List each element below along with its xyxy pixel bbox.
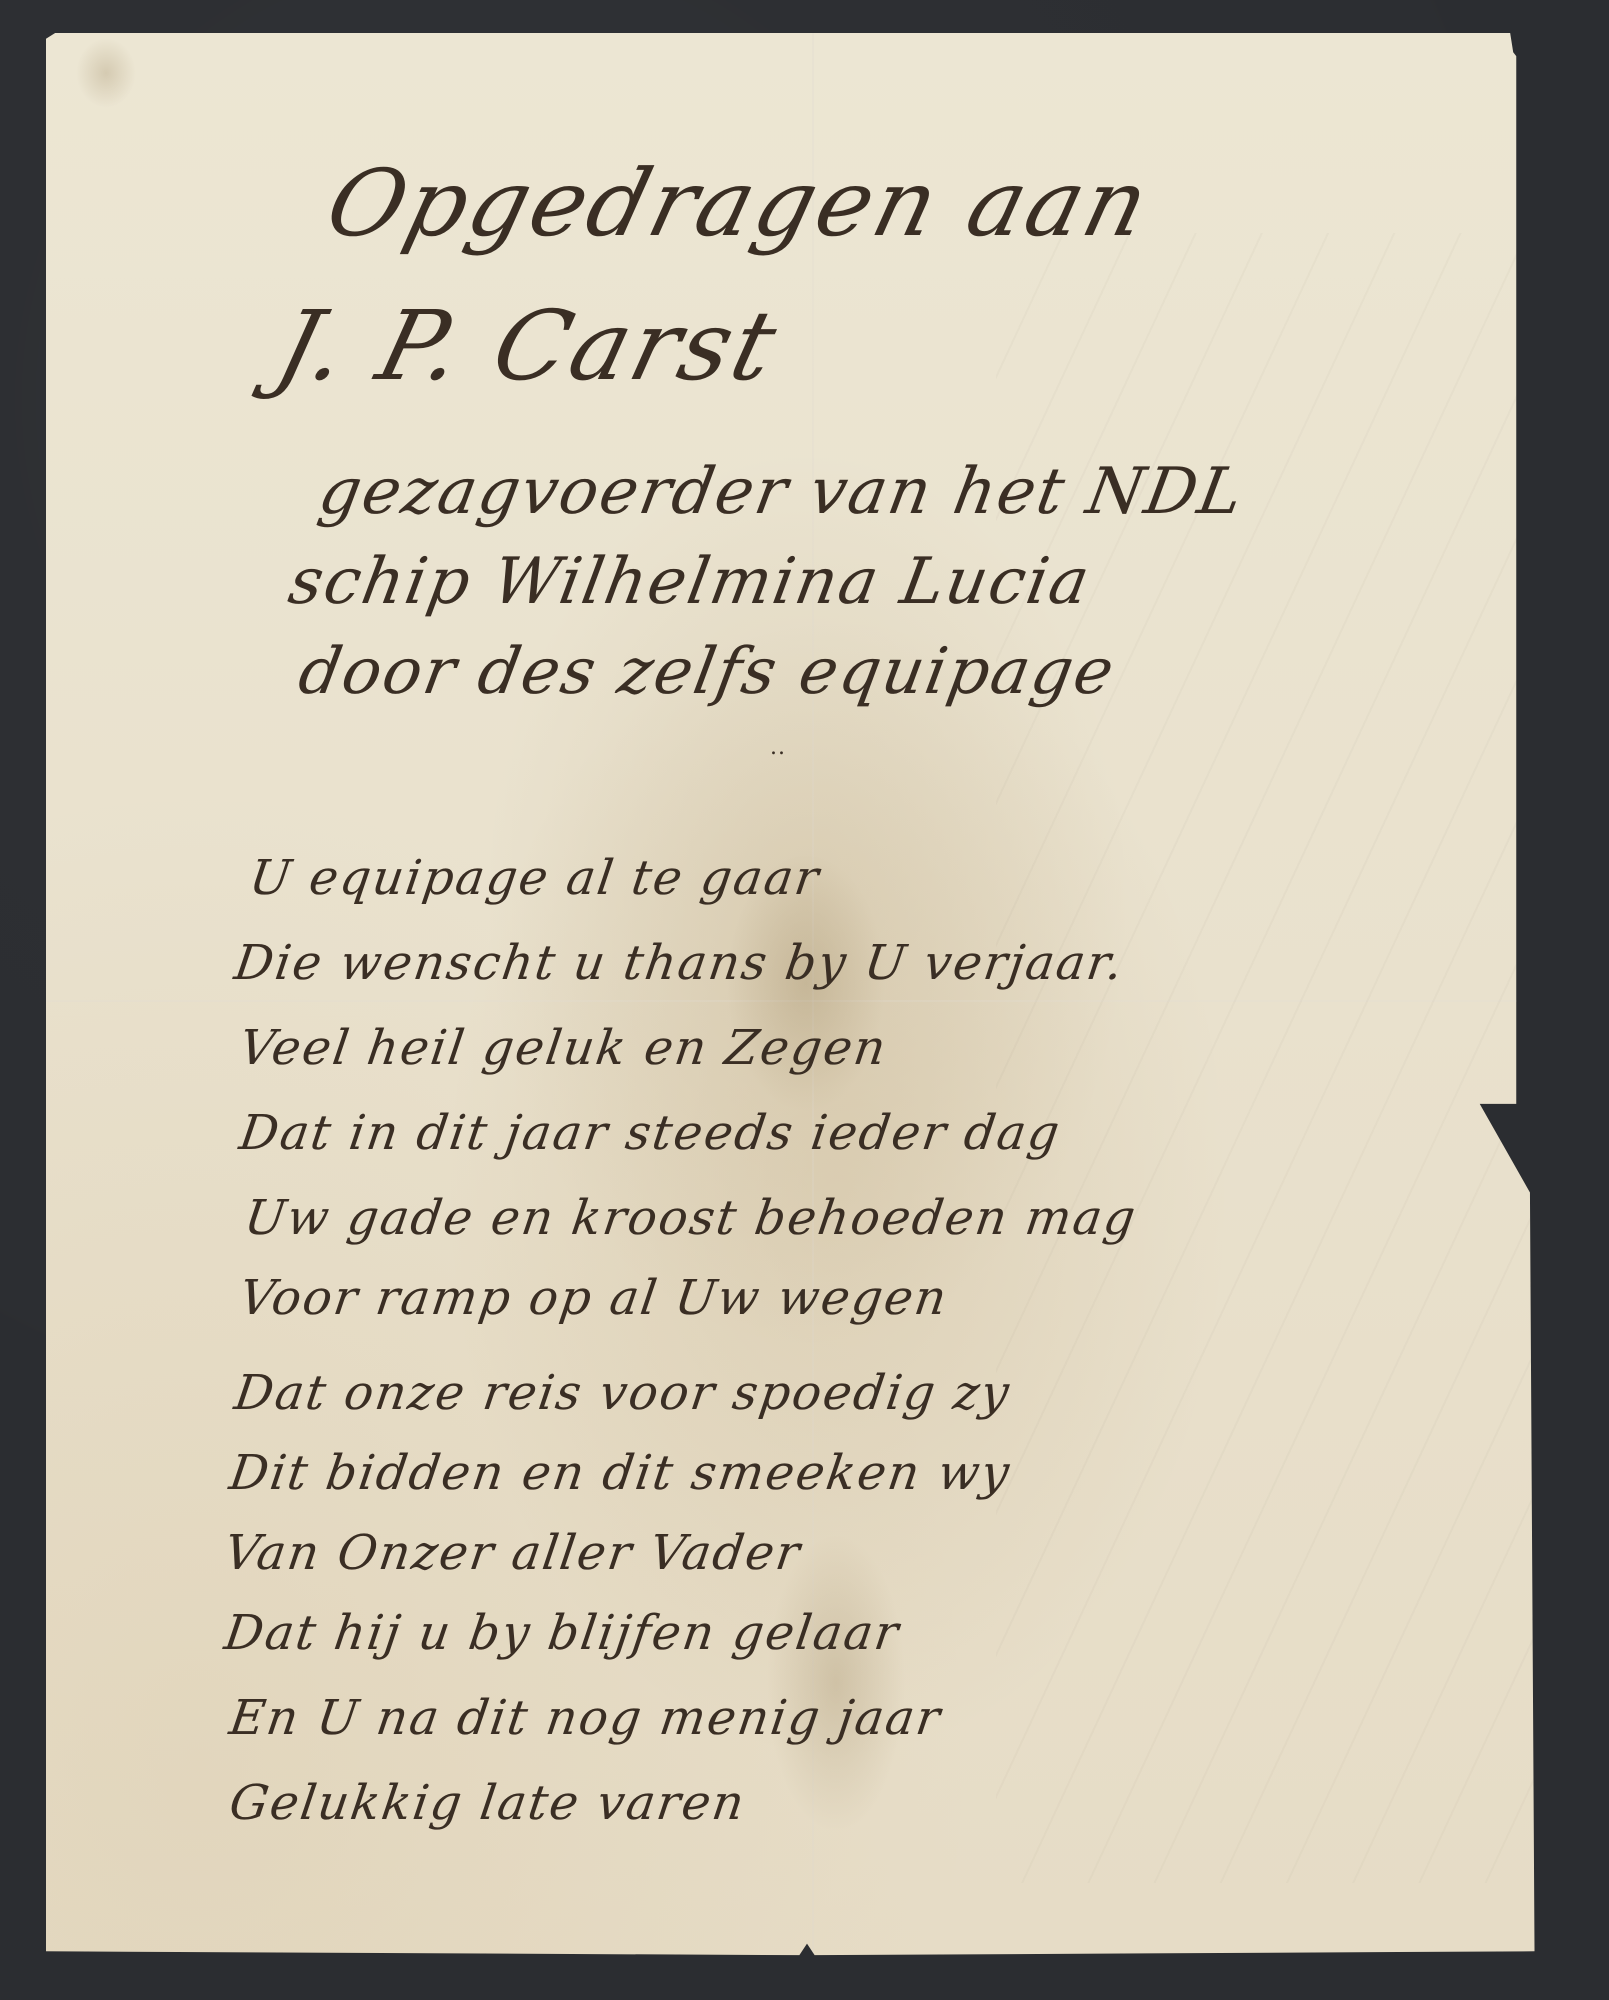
verse-line-9: Van Onzer aller Vader: [221, 1525, 805, 1581]
title-line-2-recipient-name: J. P. Carst: [266, 290, 790, 402]
verse-line-8: Dit bidden en dit smeeken wy: [226, 1445, 1014, 1501]
corner-stain: [76, 38, 136, 108]
verse-line-7: Dat onze reis voor spoedig zy: [231, 1365, 1014, 1421]
verse-line-12: Gelukkig late varen: [226, 1775, 749, 1831]
manuscript-page: [46, 33, 1568, 1959]
verse-line-11: En U na dit nog menig jaar: [226, 1690, 945, 1746]
verse-line-3: Veel heil geluk en Zegen: [236, 1020, 891, 1076]
verse-line-4: Dat in dit jaar steeds ieder dag: [236, 1105, 1065, 1161]
separator-dots: ..: [770, 735, 786, 760]
subtitle-line-1: gezagvoerder van het NDL: [313, 455, 1250, 529]
verse-line-10: Dat hij u by blijfen gelaar: [221, 1605, 904, 1661]
verse-line-2: Die wenscht u thans by U verjaar.: [231, 935, 1128, 991]
verse-line-5: Uw gade en kroost behoeden mag: [241, 1190, 1141, 1246]
subtitle-line-3: door des zelfs equipage: [293, 635, 1120, 709]
subtitle-line-2-ship-name: schip Wilhelmina Lucia: [283, 545, 1096, 619]
verse-line-1: U equipage al te gaar: [246, 850, 824, 906]
verse-line-6: Voor ramp op al Uw wegen: [236, 1270, 952, 1326]
title-line-1: Opgedragen aan: [317, 150, 1162, 257]
